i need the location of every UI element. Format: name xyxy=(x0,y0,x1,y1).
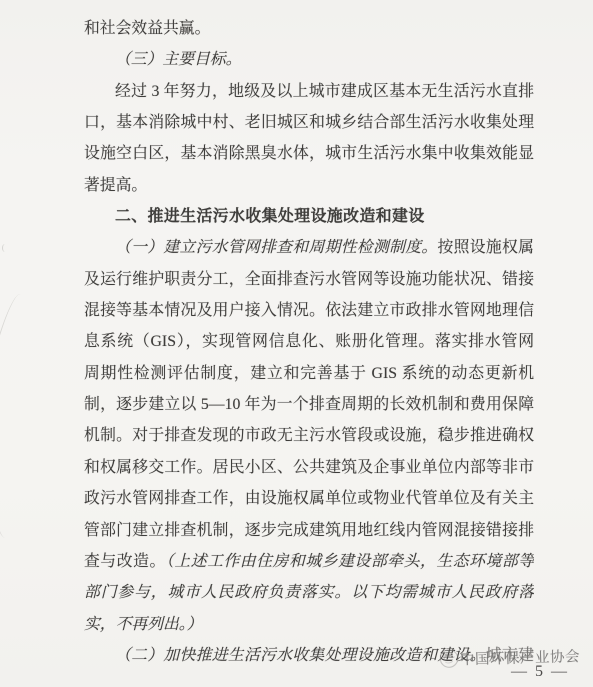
text-segment: 混接等基本情况及用户接入情况。依法建立市政排水管网地理信 xyxy=(84,302,534,319)
text-segment: 查与改造。 xyxy=(84,553,166,570)
text-line: 息系统（GIS），实现管网信息化、账册化管理。落实排水管网 xyxy=(84,326,534,357)
scan-scratch-artifact xyxy=(0,497,12,538)
text-line: 经过 3 年努力，地级及以上城市建成区基本无生活污水直排 xyxy=(84,76,534,107)
text-segment: 著提高。 xyxy=(84,177,147,194)
text-line: 查与改造。（上述工作由住房和城乡建设部牵头，生态环境部等 xyxy=(84,546,534,577)
text-segment: 息系统（GIS），实现管网信息化、账册化管理。落实排水管网 xyxy=(84,333,534,350)
text-line: （三）主要目标。 xyxy=(84,44,534,75)
text-segment: 周期性检测评估制度，建立和完善基于 GIS 系统的动态更新机 xyxy=(84,365,534,382)
text-segment: 按照设施权属 xyxy=(438,239,534,256)
text-segment: 经过 3 年努力，地级及以上城市建成区基本无生活污水直排 xyxy=(115,83,534,100)
text-segment: 设施空白区，基本消除黑臭水体，城市生活污水集中收集效能显 xyxy=(84,145,534,162)
text-segment: 二、推进生活污水收集处理设施改造和建设 xyxy=(115,208,425,225)
text-segment: 管部门建立排查机制，逐步完成建筑用地红线内管网混接错接排 xyxy=(84,522,534,539)
text-line: 实，不再列出。） xyxy=(84,609,534,640)
text-segment: （三）主要目标。 xyxy=(115,51,241,68)
text-line: 混接等基本情况及用户接入情况。依法建立市政排水管网地理信 xyxy=(84,295,534,326)
scan-scratch-artifact xyxy=(2,244,8,252)
text-segment: 实，不再列出。） xyxy=(84,616,202,633)
scan-scratch-artifact xyxy=(0,291,32,432)
text-segment: 和社会效益共赢。 xyxy=(84,20,210,37)
text-line: 政污水管网排查工作，由设施权属单位或物业代管单位及有关主 xyxy=(84,483,534,514)
document-body: 和社会效益共赢。（三）主要目标。经过 3 年努力，地级及以上城市建成区基本无生活… xyxy=(84,13,534,671)
page-number: — 5 — xyxy=(500,663,580,681)
text-line: 和权属移交工作。居民小区、公共建筑及企事业单位内部等非市 xyxy=(84,452,534,483)
text-segment: 部门参与，城市人民政府负责落实。以下均需城市人民政府落 xyxy=(84,584,534,601)
text-line: 部门参与，城市人民政府负责落实。以下均需城市人民政府落 xyxy=(84,577,534,608)
text-line: 周期性检测评估制度，建立和完善基于 GIS 系统的动态更新机 xyxy=(84,358,534,389)
text-segment: 机制。对于排查发现的市政无主污水管段或设施，稳步推进确权 xyxy=(84,427,534,444)
text-line: 制，逐步建立以 5—10 年为一个排查周期的长效机制和费用保障 xyxy=(84,389,534,420)
document-page: 和社会效益共赢。（三）主要目标。经过 3 年努力，地级及以上城市建成区基本无生活… xyxy=(0,0,593,687)
text-line: 口，基本消除城中村、老旧城区和城乡结合部生活污水收集处理 xyxy=(84,107,534,138)
text-line: 设施空白区，基本消除黑臭水体，城市生活污水集中收集效能显 xyxy=(84,138,534,169)
association-logo-icon xyxy=(438,647,461,670)
text-line: 管部门建立排查机制，逐步完成建筑用地红线内管网混接错接排 xyxy=(84,515,534,546)
text-segment: 制，逐步建立以 5—10 年为一个排查周期的长效机制和费用保障 xyxy=(84,396,534,413)
text-line: 二、推进生活污水收集处理设施改造和建设 xyxy=(84,201,534,232)
text-segment: 和权属移交工作。居民小区、公共建筑及企事业单位内部等非市 xyxy=(84,459,534,476)
text-line: 著提高。 xyxy=(84,170,534,201)
text-segment: 政污水管网排查工作，由设施权属单位或物业代管单位及有关主 xyxy=(84,490,534,507)
text-segment: 及运行维护职责分工，全面排查污水管网等设施功能状况、错接 xyxy=(84,271,534,288)
text-segment: （上述工作由住房和城乡建设部牵头，生态环境部等 xyxy=(166,553,534,570)
text-segment: 口，基本消除城中村、老旧城区和城乡结合部生活污水收集处理 xyxy=(84,114,534,131)
text-line: 机制。对于排查发现的市政无主污水管段或设施，稳步推进确权 xyxy=(84,420,534,451)
text-line: 及运行维护职责分工，全面排查污水管网等设施功能状况、错接 xyxy=(84,264,534,295)
text-segment: （一）建立污水管网排查和周期性检测制度。 xyxy=(115,239,438,256)
text-segment: （二）加快推进生活污水收集处理设施改造和建设。 xyxy=(115,647,486,664)
text-line: （一）建立污水管网排查和周期性检测制度。按照设施权属 xyxy=(84,232,534,263)
text-line: 和社会效益共赢。 xyxy=(84,13,534,44)
